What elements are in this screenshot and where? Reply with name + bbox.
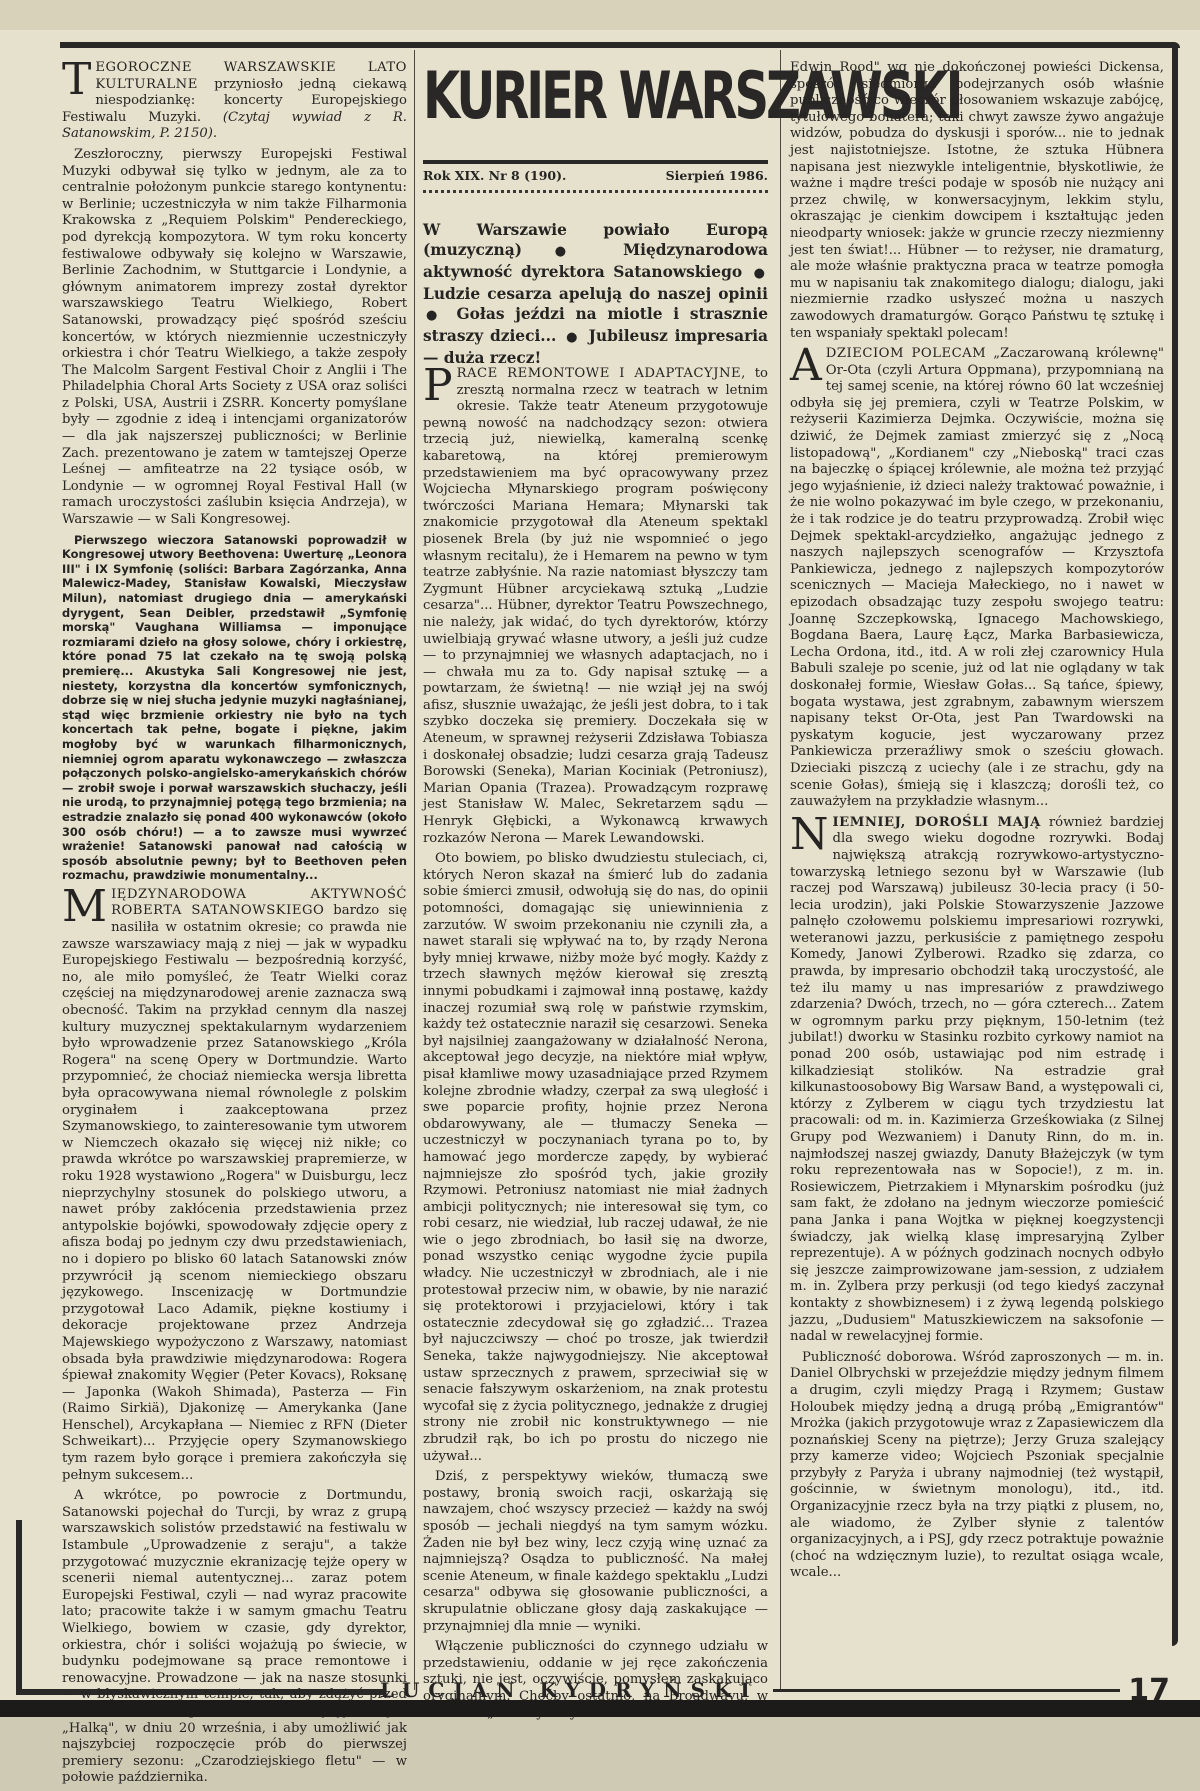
section-paragraph: ADZIECIOM POLECAM „Zaczarowaną królewnę"…	[790, 346, 1164, 811]
drop-cap: N	[790, 817, 829, 853]
section-heading: IEMNIEJ, DOROŚLI MAJĄ	[833, 815, 1041, 830]
article-column-2: PRACE REMONTOWE I ADAPTACYJNE, to zreszt…	[423, 366, 768, 1717]
section-paragraph: NIEMNIEJ, DOROŚLI MAJĄ również bardziej …	[790, 815, 1164, 1346]
paragraph: Dziś, z perspektywy wieków, tłumaczą swe…	[423, 1469, 768, 1635]
article-column-1: TEGOROCZNE WARSZAWSKIE LATO KULTURALNE p…	[62, 60, 407, 1717]
paragraph: Oto bowiem, po blisko dwudziestu stuleci…	[423, 851, 768, 1465]
footer-rule	[773, 1689, 1120, 1692]
frame-border-top	[60, 42, 1180, 48]
author-name: LUCJAN KYDRYŃSKI	[380, 1678, 759, 1702]
column-divider	[414, 50, 415, 1690]
page-bottom-edge	[0, 1700, 1200, 1717]
drop-cap: M	[62, 889, 107, 925]
lead-summary: W Warszawie powiało Europą (muzyczną) ● …	[423, 220, 768, 368]
issue-number: Rok XIX. Nr 8 (190).	[423, 168, 566, 183]
paragraph: Edwin Rood" wg nie dokończonej powieści …	[790, 60, 1164, 342]
section-paragraph: MIĘDZYNARODOWA AKTYWNOŚĆ ROBERTA SATANOW…	[62, 887, 407, 1484]
small-print-paragraph: Pierwszego wieczora Satanowski poprowadz…	[62, 533, 407, 883]
issue-line: Rok XIX. Nr 8 (190). Sierpień 1986.	[423, 168, 768, 183]
drop-cap: A	[790, 348, 822, 384]
issue-date: Sierpień 1986.	[666, 168, 768, 183]
paragraph: Zeszłoroczny, pierwszy Europejski Festiw…	[62, 147, 407, 529]
paragraph: A wkrótce, po powrocie z Dortmundu, Sata…	[62, 1488, 407, 1717]
bullet-icon: ●	[754, 266, 765, 281]
top-margin-strip	[0, 0, 1200, 30]
bullet-icon: ●	[566, 330, 579, 345]
paragraph: Publiczność doborowa. Wśród zaproszonych…	[790, 1350, 1164, 1582]
article-column-3: Edwin Rood" wg nie dokończonej powieści …	[790, 60, 1164, 1586]
section-heading: RACE REMONTOWE I ADAPTACYJNE,	[457, 366, 746, 381]
drop-cap: P	[423, 368, 453, 404]
bullet-icon: ●	[555, 244, 591, 259]
masthead-rule	[423, 160, 768, 164]
column-divider	[780, 50, 781, 1690]
frame-border-left	[16, 1520, 22, 1695]
section-heading: DZIECIOM POLECAM	[826, 346, 986, 361]
newspaper-title: KURIER WARSZAWSKI	[423, 56, 768, 137]
bullet-icon: ●	[426, 308, 443, 323]
frame-border-right	[1172, 46, 1178, 1646]
intro-paragraph: TEGOROCZNE WARSZAWSKIE LATO KULTURALNE p…	[62, 60, 407, 143]
drop-cap: T	[62, 62, 91, 98]
section-paragraph: PRACE REMONTOWE I ADAPTACYJNE, to zreszt…	[423, 366, 768, 847]
dotted-rule	[423, 190, 768, 196]
newspaper-page: TEGOROCZNE WARSZAWSKIE LATO KULTURALNE p…	[0, 0, 1200, 1717]
masthead: KURIER WARSZAWSKI Rok XIX. Nr 8 (190). S…	[423, 56, 768, 156]
